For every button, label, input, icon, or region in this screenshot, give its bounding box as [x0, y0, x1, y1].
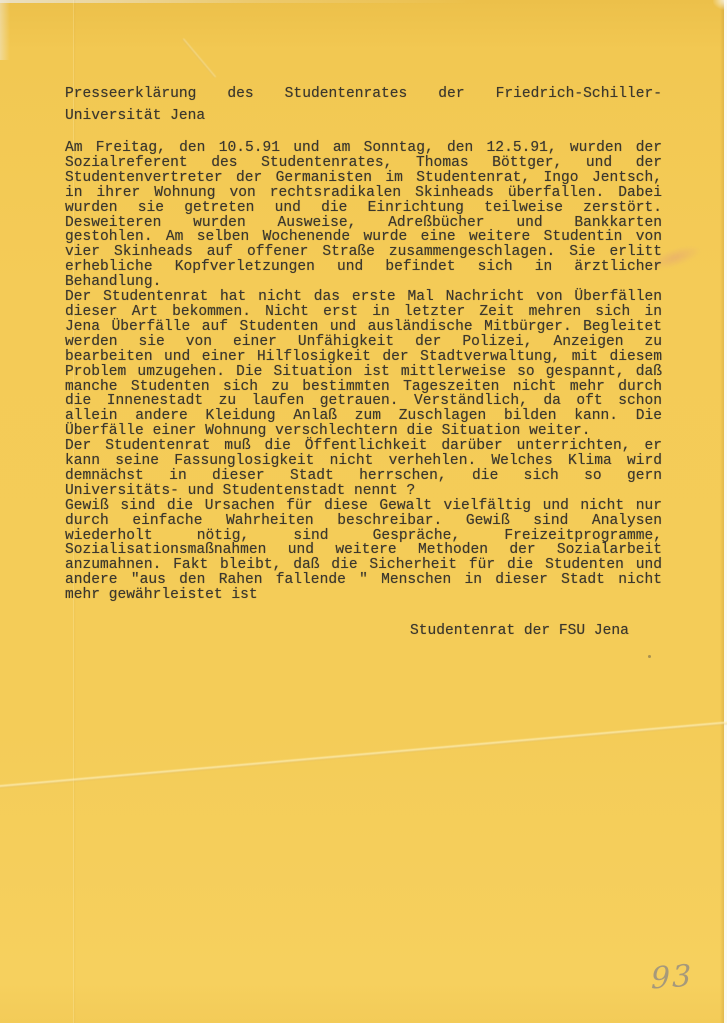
text-line: Behandlung.	[65, 275, 662, 290]
title-line: Presseerklärung des Studentenrates der F…	[65, 83, 662, 105]
text-line: Problem umzugehen. Die Situation ist mit…	[65, 365, 662, 380]
text-line: Studentenvertreter der Germanisten im St…	[65, 171, 662, 186]
scan-corner-top-left	[0, 0, 10, 60]
text-line: mehr gewährleistet ist	[65, 588, 662, 603]
text-line: Universitäts- und Studentenstadt nennt ?	[65, 484, 662, 499]
text-line: dieser Art bekommen. Nicht erst in letzt…	[65, 305, 662, 320]
scan-corner-top-right	[713, 0, 727, 10]
paper-speck	[648, 655, 651, 658]
text-line: durch einfache Wahrheiten beschreibar. G…	[65, 514, 662, 529]
text-line: Überfälle einer Wohnung verschlechtern d…	[65, 424, 662, 439]
text-line: demnächst in dieser Stadt herrschen, die…	[65, 469, 662, 484]
scanned-paper-sheet: Presseerklärung des Studentenrates der F…	[0, 0, 727, 1023]
text-line: andere "aus den Rahen fallende " Mensche…	[65, 573, 662, 588]
signature-line: Studentenrat der FSU Jena	[410, 624, 629, 639]
text-line: kann seine Fassunglosigkeit nicht verheh…	[65, 454, 662, 469]
text-line: bearbeiten und einer Hilflosigkeit der S…	[65, 350, 662, 365]
text-line: Gewiß sind die Ursachen für diese Gewalt…	[65, 499, 662, 514]
text-line: Der Studentenrat muß die Öffentlichkeit …	[65, 439, 662, 454]
text-line: werden sie von einer Unfähigkeit der Pol…	[65, 335, 662, 350]
title-line: Universität Jena	[65, 105, 662, 127]
text-line: in ihrer Wohnung von rechtsradikalen Ski…	[65, 186, 662, 201]
text-line: wurden sie getreten und die Einrichtung …	[65, 201, 662, 216]
text-line: allein andere Kleidung Anlaß zum Zuschla…	[65, 409, 662, 424]
scan-edge-top	[0, 0, 727, 3]
text-line: Jena Überfälle auf Studenten und ausländ…	[65, 320, 662, 335]
paper-crease-top-left	[182, 38, 216, 78]
text-line: erhebliche Kopfverletzungen und befindet…	[65, 260, 662, 275]
document-title: Presseerklärung des Studentenrates der F…	[65, 83, 662, 128]
text-line: vier Skinheads auf offener Straße zusamm…	[65, 245, 662, 260]
handwritten-page-number: 93	[651, 958, 693, 996]
document-body: Am Freitag, den 10.5.91 und am Sonntag, …	[65, 141, 662, 603]
text-line: Der Studentenrat hat nicht das erste Mal…	[65, 290, 662, 305]
text-line: Sozialreferent des Studentenrates, Thoma…	[65, 156, 662, 171]
text-line: Am Freitag, den 10.5.91 und am Sonntag, …	[65, 141, 662, 156]
paper-crease-diagonal	[0, 719, 727, 789]
